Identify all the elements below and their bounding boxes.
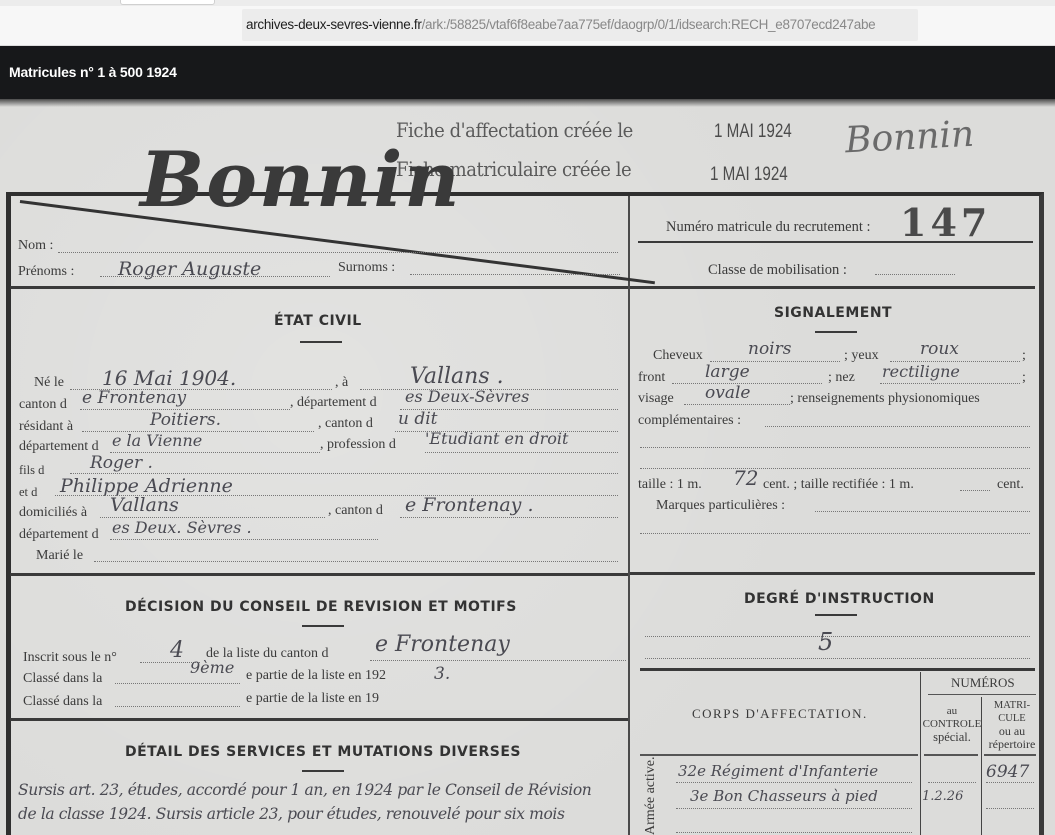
signalement-title: SIGNALEMENT	[774, 305, 892, 321]
classe1-value: 9ème	[190, 658, 234, 677]
line	[94, 561, 618, 562]
col-controle-header: au CONTROLE spécial.	[922, 705, 982, 744]
residant-value: Poitiers.	[150, 410, 221, 430]
column-line	[920, 672, 921, 835]
departement2-value: e la Vienne	[112, 431, 202, 450]
nom-label: Nom :	[18, 238, 53, 254]
address-bar[interactable]: archives-deux-sevres-vienne.fr/ark:/5882…	[242, 9, 918, 41]
departement2-label: département d	[19, 439, 99, 455]
url-host: archives-deux-sevres-vienne.fr	[246, 17, 422, 32]
taille-cent2-label: cent.	[997, 477, 1024, 493]
semicolon: ;	[1022, 348, 1026, 364]
departement3-value: es Deux. Sèvres .	[112, 518, 252, 537]
divider	[984, 754, 1036, 756]
line	[70, 473, 618, 474]
surname-large: Bonnin	[140, 135, 462, 224]
renseignements-label: ; renseignements physionomiques	[790, 391, 980, 407]
services-title: DÉTAIL DES SERVICES ET MUTATIONS DIVERSE…	[125, 744, 521, 760]
line	[765, 426, 1030, 427]
taille-cent-label: cent. ; taille rectifiée : 1 m.	[763, 477, 914, 493]
classe1-suffix: e partie de la liste en 192	[246, 668, 386, 684]
classe2-suffix: e partie de la liste en 19	[246, 691, 379, 707]
classe2-label: Classé dans la	[23, 694, 102, 710]
cheveux-label: Cheveux	[653, 348, 703, 364]
line	[645, 658, 1030, 659]
ne-le-label: Né le	[34, 375, 64, 391]
visage-label: visage	[638, 391, 674, 407]
classe-mobilisation-label: Classe de mobilisation :	[708, 262, 847, 279]
browser-toolbar: archives-deux-sevres-vienne.fr/ark:/5882…	[0, 0, 1055, 46]
divider	[928, 694, 1036, 695]
corps-value: 3e Bon Chasseurs à pied	[690, 787, 878, 805]
corps-value: 32e Régiment d'Infanterie	[678, 762, 878, 780]
inscrit-label: Inscrit sous le n°	[23, 650, 117, 666]
line	[400, 517, 618, 518]
departement-label: , département d	[290, 395, 377, 411]
line	[986, 782, 1034, 783]
line	[815, 511, 1030, 512]
visage-value: ovale	[705, 383, 750, 403]
line	[425, 452, 618, 453]
divider	[638, 241, 1033, 243]
line	[684, 404, 790, 405]
ne-le-value: 16 Mai 1904.	[102, 366, 236, 390]
controle-value: 1.2.26	[922, 789, 963, 804]
a-label: , à	[335, 375, 348, 391]
a-value: Vallans .	[410, 364, 504, 389]
viewer-title: Matricules n° 1 à 500 1924	[9, 64, 177, 80]
canton3-label: , canton d	[328, 503, 383, 519]
line	[986, 808, 1034, 809]
front-label: front	[638, 370, 665, 386]
divider	[630, 286, 1035, 289]
page-edge	[0, 99, 1055, 107]
matricule-value: 6947	[986, 762, 1029, 782]
armee-active-label: Armée active.	[643, 756, 659, 835]
line	[880, 383, 1020, 384]
line	[110, 539, 378, 540]
cheveux-value: noirs	[748, 339, 791, 359]
title-underline	[815, 614, 857, 616]
services-line: de la classe 1924. Sursis article 23, po…	[18, 805, 565, 823]
canton3-value: e Frontenay .	[405, 494, 533, 516]
canton-value: e Frontenay	[82, 388, 186, 408]
marie-label: Marié le	[36, 548, 83, 564]
canton2-label: , canton d	[318, 416, 373, 432]
fils-value: Roger .	[90, 453, 153, 473]
services-line: Sursis art. 23, études, accordé pour 1 a…	[18, 781, 591, 799]
line	[640, 447, 1030, 448]
col-matricule-header: MATRI- CULE ou au répertoire	[982, 700, 1042, 750]
classe1-year: 3.	[434, 664, 450, 684]
col-matricule-line: MATRI-	[982, 700, 1042, 713]
decision-title: DÉCISION DU CONSEIL DE REVISION ET MOTIF…	[125, 599, 517, 615]
instruction-title: DEGRÉ D'INSTRUCTION	[744, 591, 935, 607]
numeros-title: NUMÉROS	[951, 675, 1015, 691]
etat-civil-title: ÉTAT CIVIL	[274, 313, 362, 329]
prenoms-label: Prénoms :	[18, 264, 74, 280]
line	[676, 782, 912, 783]
stamp-fiche-matriculaire-date: 1 MAI 1924	[710, 164, 788, 186]
divider	[640, 668, 1035, 671]
surnoms-label: Surnoms :	[338, 260, 395, 276]
liste-value: e Frontenay	[375, 632, 510, 657]
browser-tab[interactable]	[120, 0, 215, 5]
line	[370, 660, 626, 661]
classe-mobilisation-line	[875, 274, 955, 275]
profession-value: 'Etudiant en droit	[425, 429, 568, 448]
front-value: large	[705, 362, 750, 382]
departement-value: es Deux-Sèvres	[405, 387, 529, 406]
marques-label: Marques particulières :	[656, 498, 785, 514]
semicolon: ;	[1022, 370, 1026, 386]
line	[676, 832, 912, 833]
complementaires-label: complémentaires :	[638, 413, 741, 429]
departement3-label: département d	[19, 527, 99, 543]
line	[676, 808, 912, 809]
line	[115, 683, 240, 684]
viewer-header: Matricules n° 1 à 500 1924	[0, 46, 1055, 99]
surnoms-line	[410, 274, 620, 275]
col-matricule-line: répertoire	[982, 738, 1042, 751]
prenoms-line	[100, 276, 330, 277]
signature: Bonnin	[844, 114, 975, 162]
corps-title: CORPS D'AFFECTATION.	[692, 706, 868, 722]
title-underline	[302, 625, 344, 627]
col-controle-line: au	[922, 705, 982, 718]
divider	[10, 286, 628, 289]
col-controle-line: spécial.	[922, 731, 982, 744]
nom-line	[58, 252, 618, 253]
taille-label: taille : 1 m.	[638, 477, 702, 493]
canton2-value: u dit	[398, 409, 438, 429]
numero-matricule-label: Numéro matricule du recrutement :	[666, 219, 871, 236]
title-underline	[300, 341, 342, 343]
profession-label: , profession d	[320, 437, 396, 453]
classe1-label: Classé dans la	[23, 671, 102, 687]
line	[960, 490, 990, 491]
instruction-value: 5	[818, 628, 833, 656]
nez-label: ; nez	[828, 370, 855, 386]
inscrit-value: 4	[170, 638, 184, 663]
domicilies-label: domiciliés à	[19, 505, 87, 521]
yeux-value: roux	[920, 339, 959, 359]
column-divider	[628, 196, 630, 835]
taille-value: 72	[733, 466, 758, 490]
divider	[10, 573, 628, 576]
line	[640, 533, 1030, 534]
divider	[640, 754, 918, 756]
title-underline	[815, 331, 857, 333]
domicilies-value: Vallans	[110, 494, 179, 516]
et-label: et d	[19, 485, 37, 500]
canton-label: canton d	[19, 397, 67, 413]
yeux-label: ; yeux	[844, 348, 879, 364]
residant-label: résidant à	[19, 419, 73, 435]
line	[640, 468, 1030, 469]
url-path: /ark:/58825/vtaf6f8eabe7aa775ef/daogrp/0…	[422, 17, 876, 32]
nez-value: rectiligne	[882, 362, 960, 381]
numero-matricule-value: 147	[900, 200, 991, 245]
divider	[924, 754, 978, 756]
divider	[630, 572, 1035, 575]
divider	[10, 718, 628, 721]
col-matricule-line: ou au	[982, 725, 1042, 738]
title-underline	[302, 770, 344, 772]
line	[115, 706, 240, 707]
stamp-fiche-affectation-date: 1 MAI 1924	[714, 121, 792, 143]
fils-label: fils d	[19, 463, 44, 478]
line	[645, 636, 1030, 637]
line	[928, 782, 976, 783]
